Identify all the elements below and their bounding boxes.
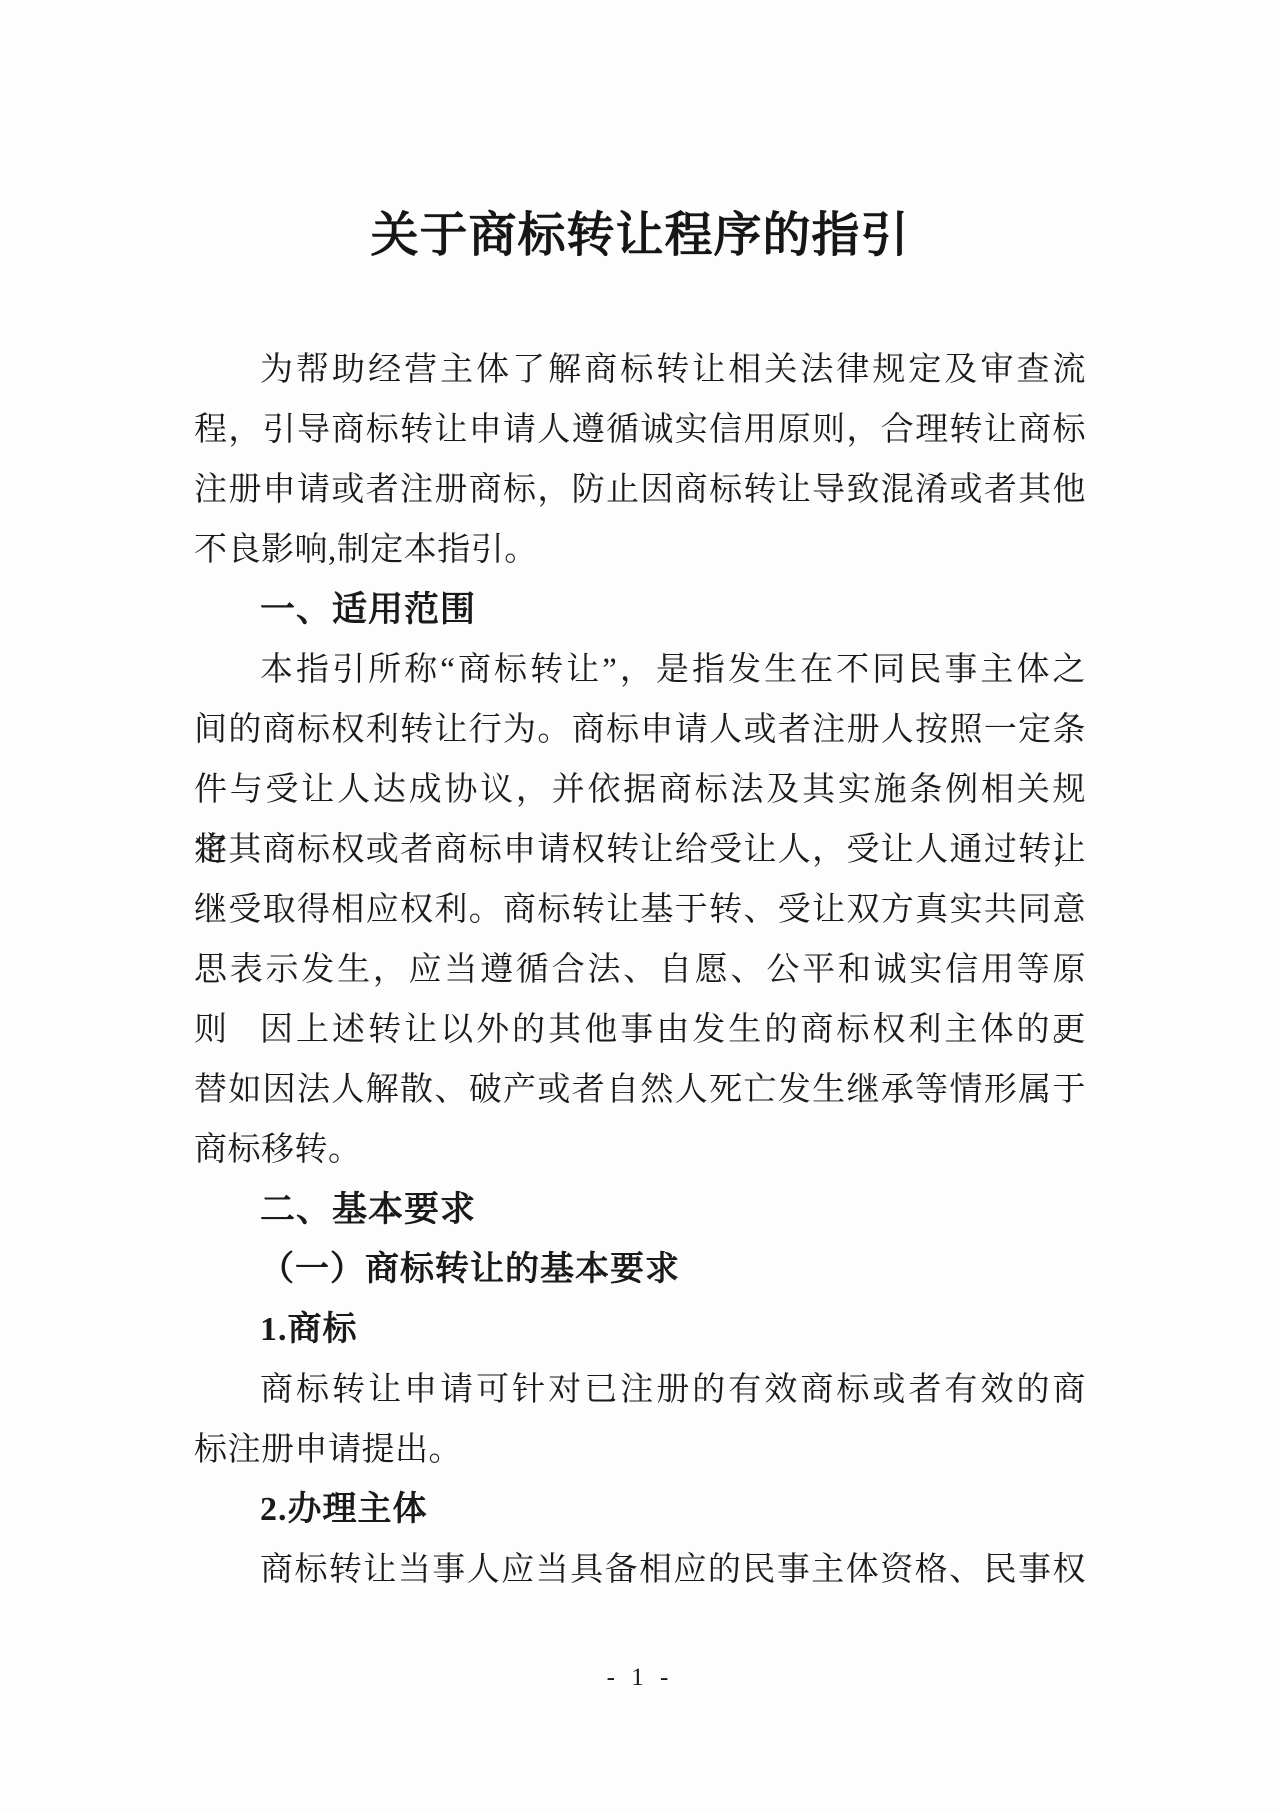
para-1-line-1: 为帮助经营主体了解商标转让相关法律规定及审查流 xyxy=(194,340,1086,400)
para-2-line-1: 本指引所称“商标转让”，是指发生在不同民事主体之 xyxy=(194,640,1086,700)
para-2-line-3: 件与受让人达成协议，并依据商标法及其实施条例相关规定， xyxy=(194,760,1086,820)
item-heading-1: 1.商标 xyxy=(194,1300,1086,1360)
para-3-line-1: 因上述转让以外的其他事由发生的商标权利主体的更 xyxy=(194,1000,1086,1060)
para-3-line-2: 替如因法人解散、破产或者自然人死亡发生继承等情形属于 xyxy=(194,1060,1086,1120)
subsection-heading-2-1: （一）商标转让的基本要求 xyxy=(194,1240,1086,1300)
para-5-line-1: 商标转让当事人应当具备相应的民事主体资格、民事权 xyxy=(194,1540,1086,1600)
para-1-line-2: 程，引导商标转让申请人遵循诚实信用原则，合理转让商标 xyxy=(194,400,1086,460)
para-4-line-1: 商标转让申请可针对已注册的有效商标或者有效的商 xyxy=(194,1360,1086,1420)
section-heading-1: 一、适用范围 xyxy=(194,580,1086,640)
para-2-line-2: 间的商标权利转让行为。商标申请人或者注册人按照一定条 xyxy=(194,700,1086,760)
section-heading-2: 二、基本要求 xyxy=(194,1180,1086,1240)
para-4-line-2: 标注册申请提出。 xyxy=(194,1420,1086,1480)
item-heading-2: 2.办理主体 xyxy=(194,1480,1086,1540)
para-2-line-6: 思表示发生，应当遵循合法、自愿、公平和诚实信用等原则。 xyxy=(194,940,1086,1000)
document-page: 关于商标转让程序的指引 为帮助经营主体了解商标转让相关法律规定及审查流程，引导商… xyxy=(0,0,1280,1810)
para-2-line-5: 继受取得相应权利。商标转让基于转、受让双方真实共同意 xyxy=(194,880,1086,940)
para-2-line-4: 将其商标权或者商标申请权转让给受让人，受让人通过转让 xyxy=(194,820,1086,880)
para-1-line-3: 注册申请或者注册商标，防止因商标转让导致混淆或者其他 xyxy=(194,460,1086,520)
page-number: - 1 - xyxy=(0,1664,1280,1692)
para-1-line-4: 不良影响,制定本指引。 xyxy=(194,520,1086,580)
document-body: 为帮助经营主体了解商标转让相关法律规定及审查流程，引导商标转让申请人遵循诚实信用… xyxy=(194,340,1086,1600)
para-3-line-3: 商标移转。 xyxy=(194,1120,1086,1180)
document-title: 关于商标转让程序的指引 xyxy=(0,0,1280,270)
